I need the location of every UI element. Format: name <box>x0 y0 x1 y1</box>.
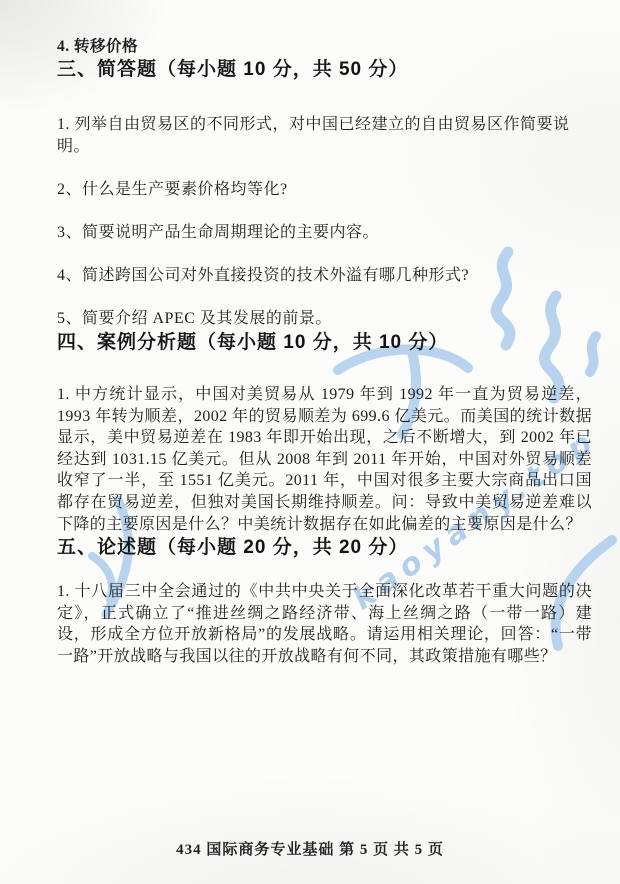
page-footer: 434 国际商务专业基础 第 5 页 共 5 页 <box>0 838 620 859</box>
essay-question: 1. 十八届三中全会通过的《中共中央关于全面深化改革若干重大问题的决定》，正式确… <box>57 581 592 667</box>
section-heading-short-answer: 三、简答题（每小题 10 分，共 50 分） <box>57 57 592 82</box>
question-item-5: 5、简要介绍 APEC 及其发展的前景。 <box>57 308 592 330</box>
question-item-4: 4、简述跨国公司对外直接投资的技术外溢有哪几种形式? <box>57 265 592 287</box>
question-item-3: 3、简要说明产品生命周期理论的主要内容。 <box>57 222 592 244</box>
question-item-1: 1. 列举自由贸易区的不同形式，对中国已经建立的自由贸易区作简要说明。 <box>57 114 592 158</box>
exam-paper-page: kaoyany.top 4. 转移价格 三、简答题（每小题 10 分，共 50 … <box>0 0 620 884</box>
section-heading-essay: 五、论述题（每小题 20 分，共 20 分） <box>57 535 592 560</box>
section-heading-case-analysis: 四、案例分析题（每小题 10 分，共 10 分） <box>57 330 592 355</box>
document-content: 4. 转移价格 三、简答题（每小题 10 分，共 50 分） 1. 列举自由贸易… <box>0 0 620 884</box>
case-analysis-question: 1. 中方统计显示，中国对美贸易从 1979 年到 1992 年一直为贸易逆差，… <box>57 384 592 535</box>
list-item-transfer-pricing: 4. 转移价格 <box>57 37 592 57</box>
question-item-2: 2、什么是生产要素价格均等化? <box>57 179 592 201</box>
